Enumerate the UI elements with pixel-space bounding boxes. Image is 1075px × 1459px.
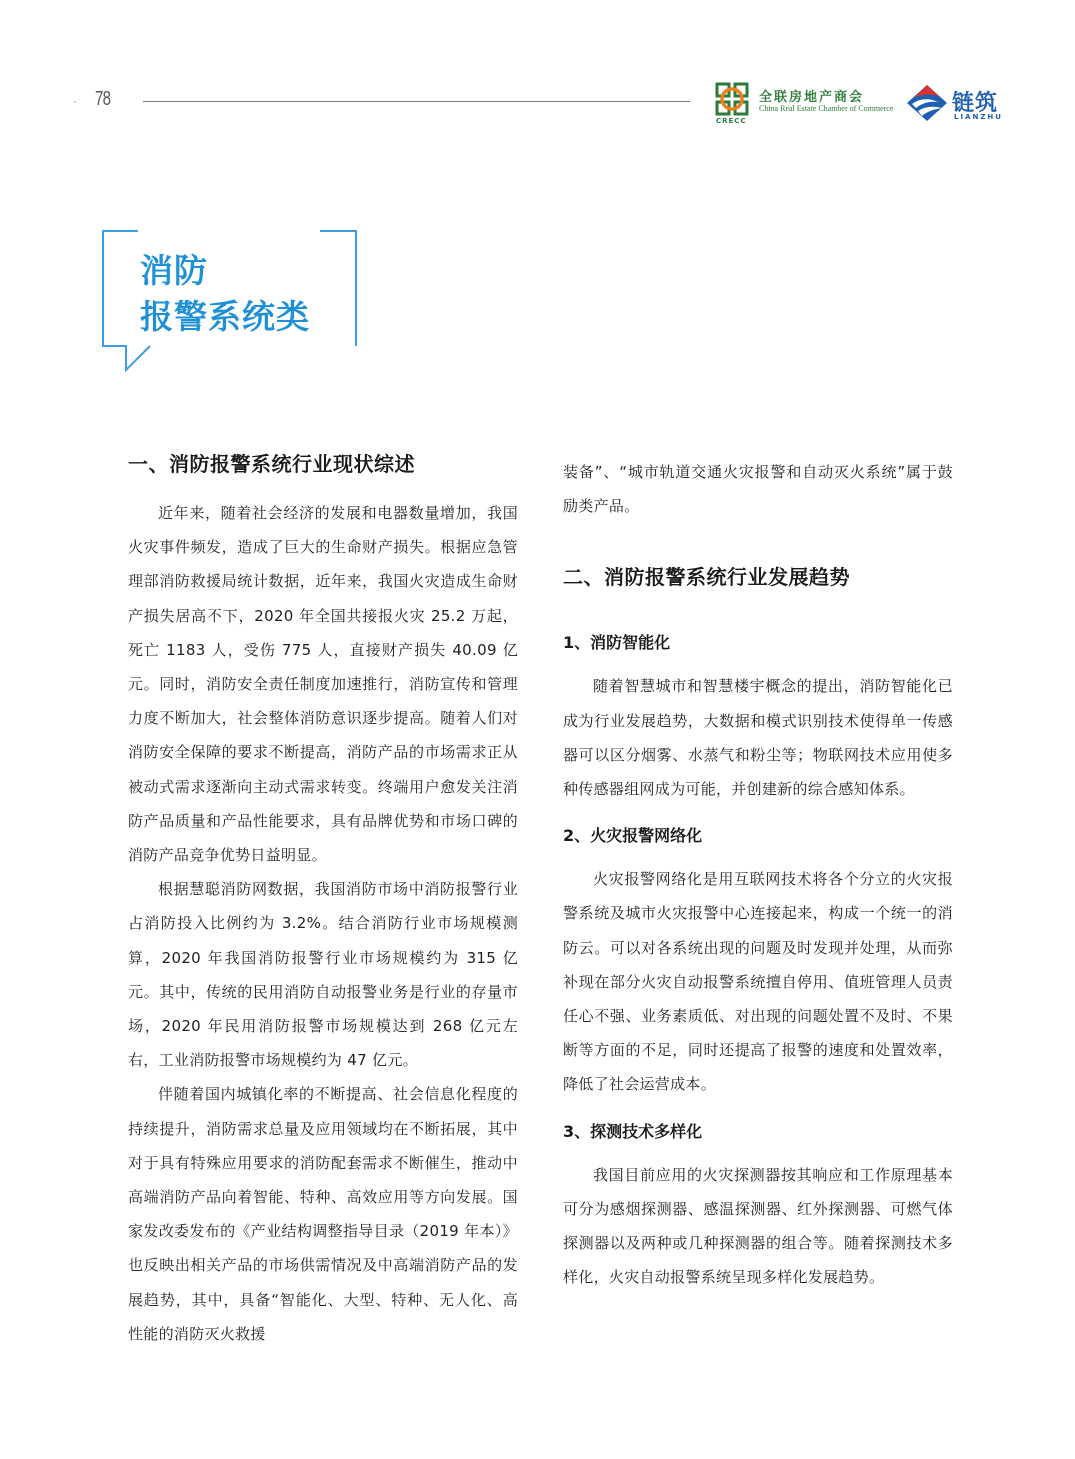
- paragraph: 近年来，随着社会经济的发展和电器数量增加，我国火灾事件频发，造成了巨大的生命财产…: [128, 496, 518, 872]
- heading-overview: 一、消防报警系统行业现状综述: [128, 450, 518, 478]
- crecc-logo: CRECC 全联房地产商会 China Real Estate Chamber …: [715, 82, 895, 128]
- paragraph: 伴随着国内城镇化率的不断提高、社会信息化程度的持续提升，消防需求总量及应用领域均…: [128, 1077, 518, 1351]
- paragraph: 我国目前应用的火灾探测器按其响应和工作原理基本可分为感烟探测器、感温探测器、红外…: [563, 1158, 953, 1295]
- lianzhu-logo: 链筑 LIANZHU: [906, 82, 1016, 126]
- paragraph: 根据慧聪消防网数据，我国消防市场中消防报警行业占消防投入比例约为 3.2%。结合…: [128, 872, 518, 1077]
- subheading-intelligence: 1、消防智能化: [563, 631, 953, 655]
- lianzhu-emblem-icon: [906, 84, 948, 122]
- page-number: 78: [95, 88, 110, 111]
- left-column: 一、消防报警系统行业现状综述 近年来，随着社会经济的发展和电器数量增加，我国火灾…: [128, 450, 518, 1351]
- page-header: 78 CRECC 全联房地产商会 China Real Estate Chamb…: [0, 0, 1075, 140]
- crecc-emblem-icon: [715, 82, 749, 116]
- paragraph: 随着智慧城市和智慧楼宇概念的提出，消防智能化已成为行业发展趋势，大数据和模式识别…: [563, 669, 953, 806]
- paragraph-continuation: 装备”、“城市轨道交通火灾报警和自动灭火系统”属于鼓励类产品。: [563, 455, 953, 523]
- subheading-detection: 3、探测技术多样化: [563, 1120, 953, 1144]
- crecc-name-en: China Real Estate Chamber of Commerce: [759, 104, 893, 113]
- section-title-line1: 消防: [140, 248, 310, 294]
- section-title: 消防 报警系统类: [140, 248, 310, 340]
- section-title-line2: 报警系统类: [140, 294, 310, 340]
- header-divider: [143, 101, 690, 102]
- lianzhu-name-en: LIANZHU: [954, 113, 1003, 121]
- decorative-dot: [74, 101, 76, 103]
- right-column: 装备”、“城市轨道交通火灾报警和自动灭火系统”属于鼓励类产品。 二、消防报警系统…: [563, 455, 953, 1294]
- crecc-acronym: CRECC: [716, 117, 747, 125]
- crecc-name-cn: 全联房地产商会: [759, 86, 864, 105]
- paragraph: 火灾报警网络化是用互联网技术将各个分立的火灾报警系统及城市火灾报警中心连接起来，…: [563, 862, 953, 1101]
- subheading-networking: 2、火灾报警网络化: [563, 824, 953, 848]
- heading-trends: 二、消防报警系统行业发展趋势: [563, 563, 953, 591]
